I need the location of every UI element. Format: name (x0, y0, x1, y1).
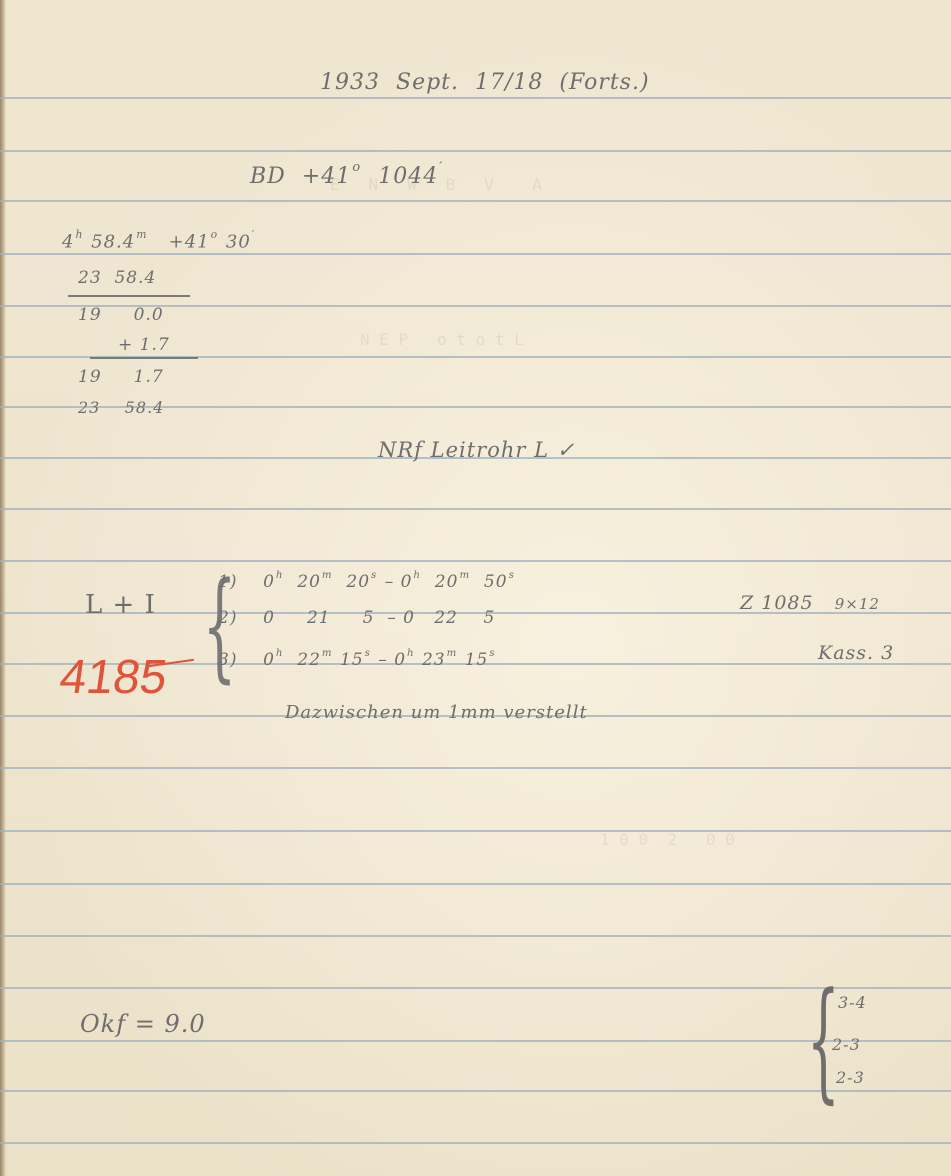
row-number: 3) (218, 650, 237, 670)
ruled-line (0, 150, 951, 152)
calc-minutes: 58.4 (125, 398, 165, 417)
ruled-line (0, 253, 951, 255)
end-minutes: 23 (422, 650, 446, 670)
start-minutes: 20 (297, 572, 321, 592)
minute-mark: m (322, 648, 333, 659)
exposure-row-1: 1) 0h 20m 20s – 0h 20m 50s (218, 570, 516, 592)
calc-minutes: 0.0 (134, 305, 164, 325)
guide-note: NRf Leitrohr L ✓ (378, 438, 575, 462)
bleed-through: 1 0 0 2 0 0 (600, 830, 735, 849)
calc-line-3: + 1.7 (118, 335, 170, 355)
okf-value: Okf = 9.0 (80, 1010, 206, 1038)
minute-mark: m (459, 570, 470, 581)
degree-mark: o (352, 160, 361, 175)
end-seconds: 5 (483, 608, 495, 628)
start-seconds: 5 (363, 608, 375, 628)
exposure-row-3: 3) 0h 22m 15s – 0h 23m 15s (218, 648, 497, 670)
second-mark: s (509, 570, 515, 581)
second-mark: s (365, 648, 371, 659)
ruled-line (0, 97, 951, 99)
range-separator: – (378, 650, 388, 670)
ruled-line (0, 508, 951, 510)
end-seconds: 15 (465, 650, 489, 670)
end-hours: 0 (394, 650, 406, 670)
declination-zone: +41 (302, 164, 351, 189)
dec-minutes: 30 (226, 232, 251, 253)
calc-line-5: 23 58.4 (78, 398, 164, 417)
dec-degrees: +41 (169, 232, 210, 253)
hour-mark: h (276, 570, 284, 581)
hour-mark: h (407, 648, 415, 659)
notebook-page: E N W B V A N E P o t o t L 1 0 0 2 0 0 … (0, 0, 951, 1176)
sum-line (68, 295, 190, 297)
header-month: Sept. (396, 70, 459, 95)
star-designation: BD +41o 1044′ (250, 160, 444, 189)
start-hours: 0 (263, 572, 275, 592)
exposure-note: Dazwischen um 1mm verstellt (285, 702, 588, 723)
bleed-through: N E P o t o t L (360, 330, 524, 349)
header-year: 1933 (320, 70, 380, 95)
range-separator: – (385, 572, 395, 592)
rating-1: 3-4 (838, 993, 867, 1012)
header-continuation: (Forts.) (559, 70, 649, 95)
calc-line-1: 23 58.4 (78, 268, 156, 288)
calc-hours: 19 (78, 305, 102, 325)
sum-line (90, 357, 198, 359)
end-minutes: 22 (434, 608, 458, 628)
plate-number-red: 4185 (56, 650, 171, 705)
calc-hours: 19 (78, 367, 102, 387)
second-mark: s (371, 570, 377, 581)
start-minutes: 21 (307, 608, 331, 628)
row-number: 2) (218, 608, 237, 628)
start-seconds: 20 (346, 572, 370, 592)
minute-mark: m (136, 228, 147, 241)
coordinates-line: 4h 58.4m +41o 30′ (62, 228, 256, 253)
prime-mark: ′ (439, 160, 443, 175)
rating-2: 2-3 (832, 1035, 861, 1054)
rating-3: 2-3 (836, 1068, 865, 1087)
degree-mark: o (211, 228, 219, 241)
page-header: 1933 Sept. 17/18 (Forts.) (320, 70, 650, 95)
end-hours: 0 (401, 572, 413, 592)
plate-size: 9×12 (835, 595, 880, 613)
start-hours: 0 (263, 650, 275, 670)
minute-mark: m (322, 570, 333, 581)
catalog-name: BD (250, 164, 286, 189)
ruled-line (0, 560, 951, 562)
calc-correction: + 1.7 (118, 335, 170, 355)
end-minutes: 20 (435, 572, 459, 592)
ruled-line (0, 1142, 951, 1144)
header-days: 17/18 (475, 70, 543, 95)
ruled-line (0, 767, 951, 769)
start-minutes: 22 (297, 650, 321, 670)
ruled-line (0, 935, 951, 937)
ruled-line (0, 830, 951, 832)
hour-mark: h (276, 648, 284, 659)
plate-id: Z 1085 9×12 (740, 592, 880, 614)
ra-minutes: 58.4 (91, 232, 135, 253)
exposure-label: L + I (85, 590, 156, 620)
hour-mark: h (413, 570, 421, 581)
calc-line-4: 19 1.7 (78, 367, 164, 387)
plate-number: Z 1085 (740, 592, 814, 614)
minute-mark: m (447, 648, 458, 659)
calc-minutes: 1.7 (134, 367, 164, 387)
row-number: 1) (218, 572, 237, 592)
exposure-row-2: 2) 0 21 5 – 0 22 5 (218, 608, 495, 628)
second-mark: s (489, 648, 495, 659)
prime-mark: ′ (252, 228, 255, 241)
catalog-number: 1044 (378, 164, 438, 189)
end-hours: 0 (403, 608, 415, 628)
calc-line-2: 19 0.0 (78, 305, 164, 325)
range-separator: – (387, 608, 397, 628)
cassette: Kass. 3 (818, 642, 894, 664)
calc-minutes: 58.4 (114, 268, 156, 288)
end-seconds: 50 (484, 572, 508, 592)
ra-hours: 4 (62, 232, 74, 253)
calc-hours: 23 (78, 268, 102, 288)
calc-hours: 23 (78, 398, 100, 417)
ruled-line (0, 200, 951, 202)
page-binding-edge (0, 0, 6, 1176)
start-hours: 0 (263, 608, 275, 628)
ruled-line (0, 883, 951, 885)
start-seconds: 15 (340, 650, 364, 670)
hour-mark: h (75, 228, 83, 241)
